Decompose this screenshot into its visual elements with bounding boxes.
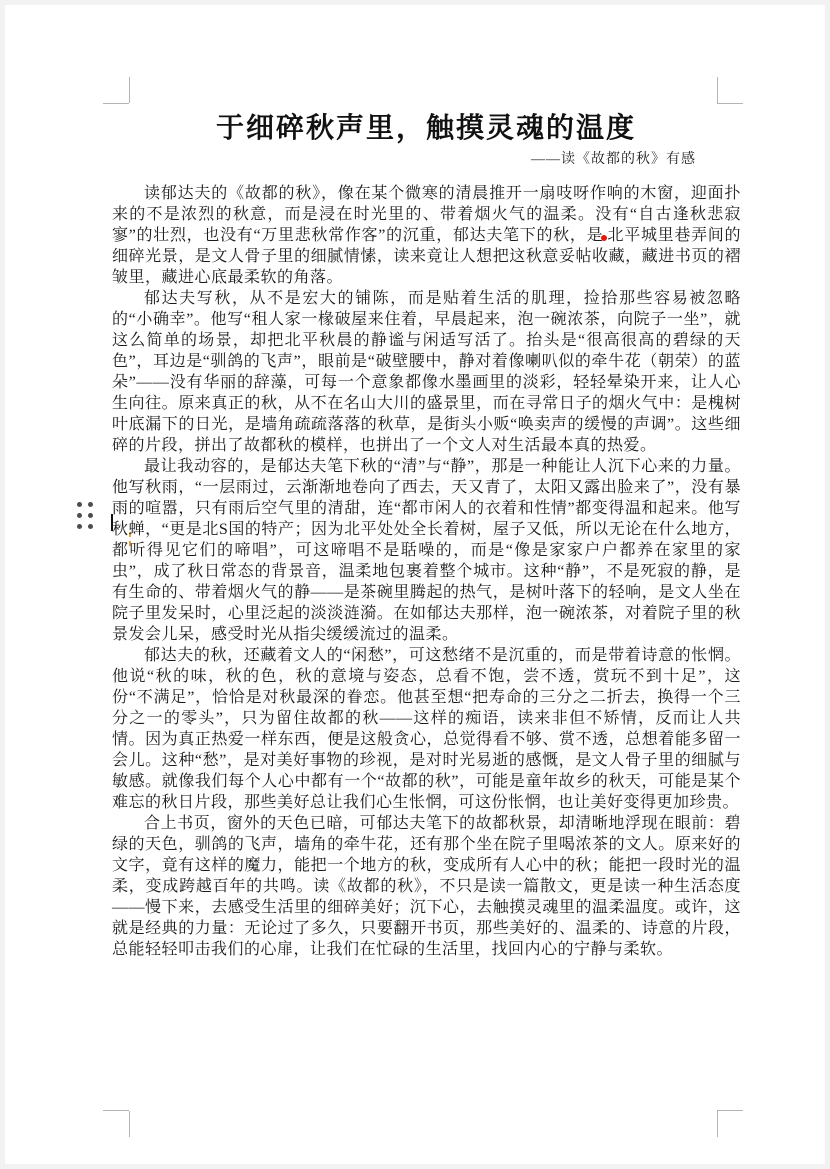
margin-corner-mark-bottom-left-h [103,1110,129,1111]
paragraph-1[interactable]: 读郁达夫的《故都的秋》，像在某个微寒的清晨推开一扇吱呀作响的木窗，迎面扑来的不是… [112,183,741,288]
margin-corner-mark-top-right-v [717,77,718,103]
margin-corner-mark-top-right-h [717,103,743,104]
drag-handle-icon[interactable] [77,502,95,532]
page-title: 于细碎秋声里，触摸灵魂的温度 [112,106,740,146]
margin-corner-mark-top-left-h [103,103,129,104]
paragraph-3[interactable]: 最让我动容的，是郁达夫笔下秋的“清”与“静”，那是一种能让人沉下心来的力量。他写… [112,456,741,645]
paragraph-2[interactable]: 郁达夫写秋，从不是宏大的铺陈，而是贴着生活的肌理，捡拾那些容易被忽略的“小确幸”… [112,288,741,456]
subtitle: ——读《故都的秋》有感 [112,148,740,168]
margin-corner-mark-bottom-right-v [717,1111,718,1137]
margin-corner-mark-bottom-left-v [129,1111,130,1137]
paragraph-4[interactable]: 郁达夫的秋，还藏着文人的“闲愁”，可这愁绪不是沉重的，而是带着诗意的怅惘。他说“… [112,645,741,813]
margin-corner-mark-top-left-v [129,77,130,103]
paragraph-5[interactable]: 合上书页，窗外的天色已暗，可郁达夫笔下的故都秋景，却清晰地浮现在眼前：碧绿的天色… [112,813,741,960]
document-body[interactable]: 读郁达夫的《故都的秋》，像在某个微寒的清晨推开一扇吱呀作响的木窗，迎面扑来的不是… [112,183,741,960]
document-page: 于细碎秋声里，触摸灵魂的温度 ——读《故都的秋》有感 读郁达夫的《故都的秋》，像… [6,6,824,1163]
margin-corner-mark-bottom-right-h [717,1110,743,1111]
